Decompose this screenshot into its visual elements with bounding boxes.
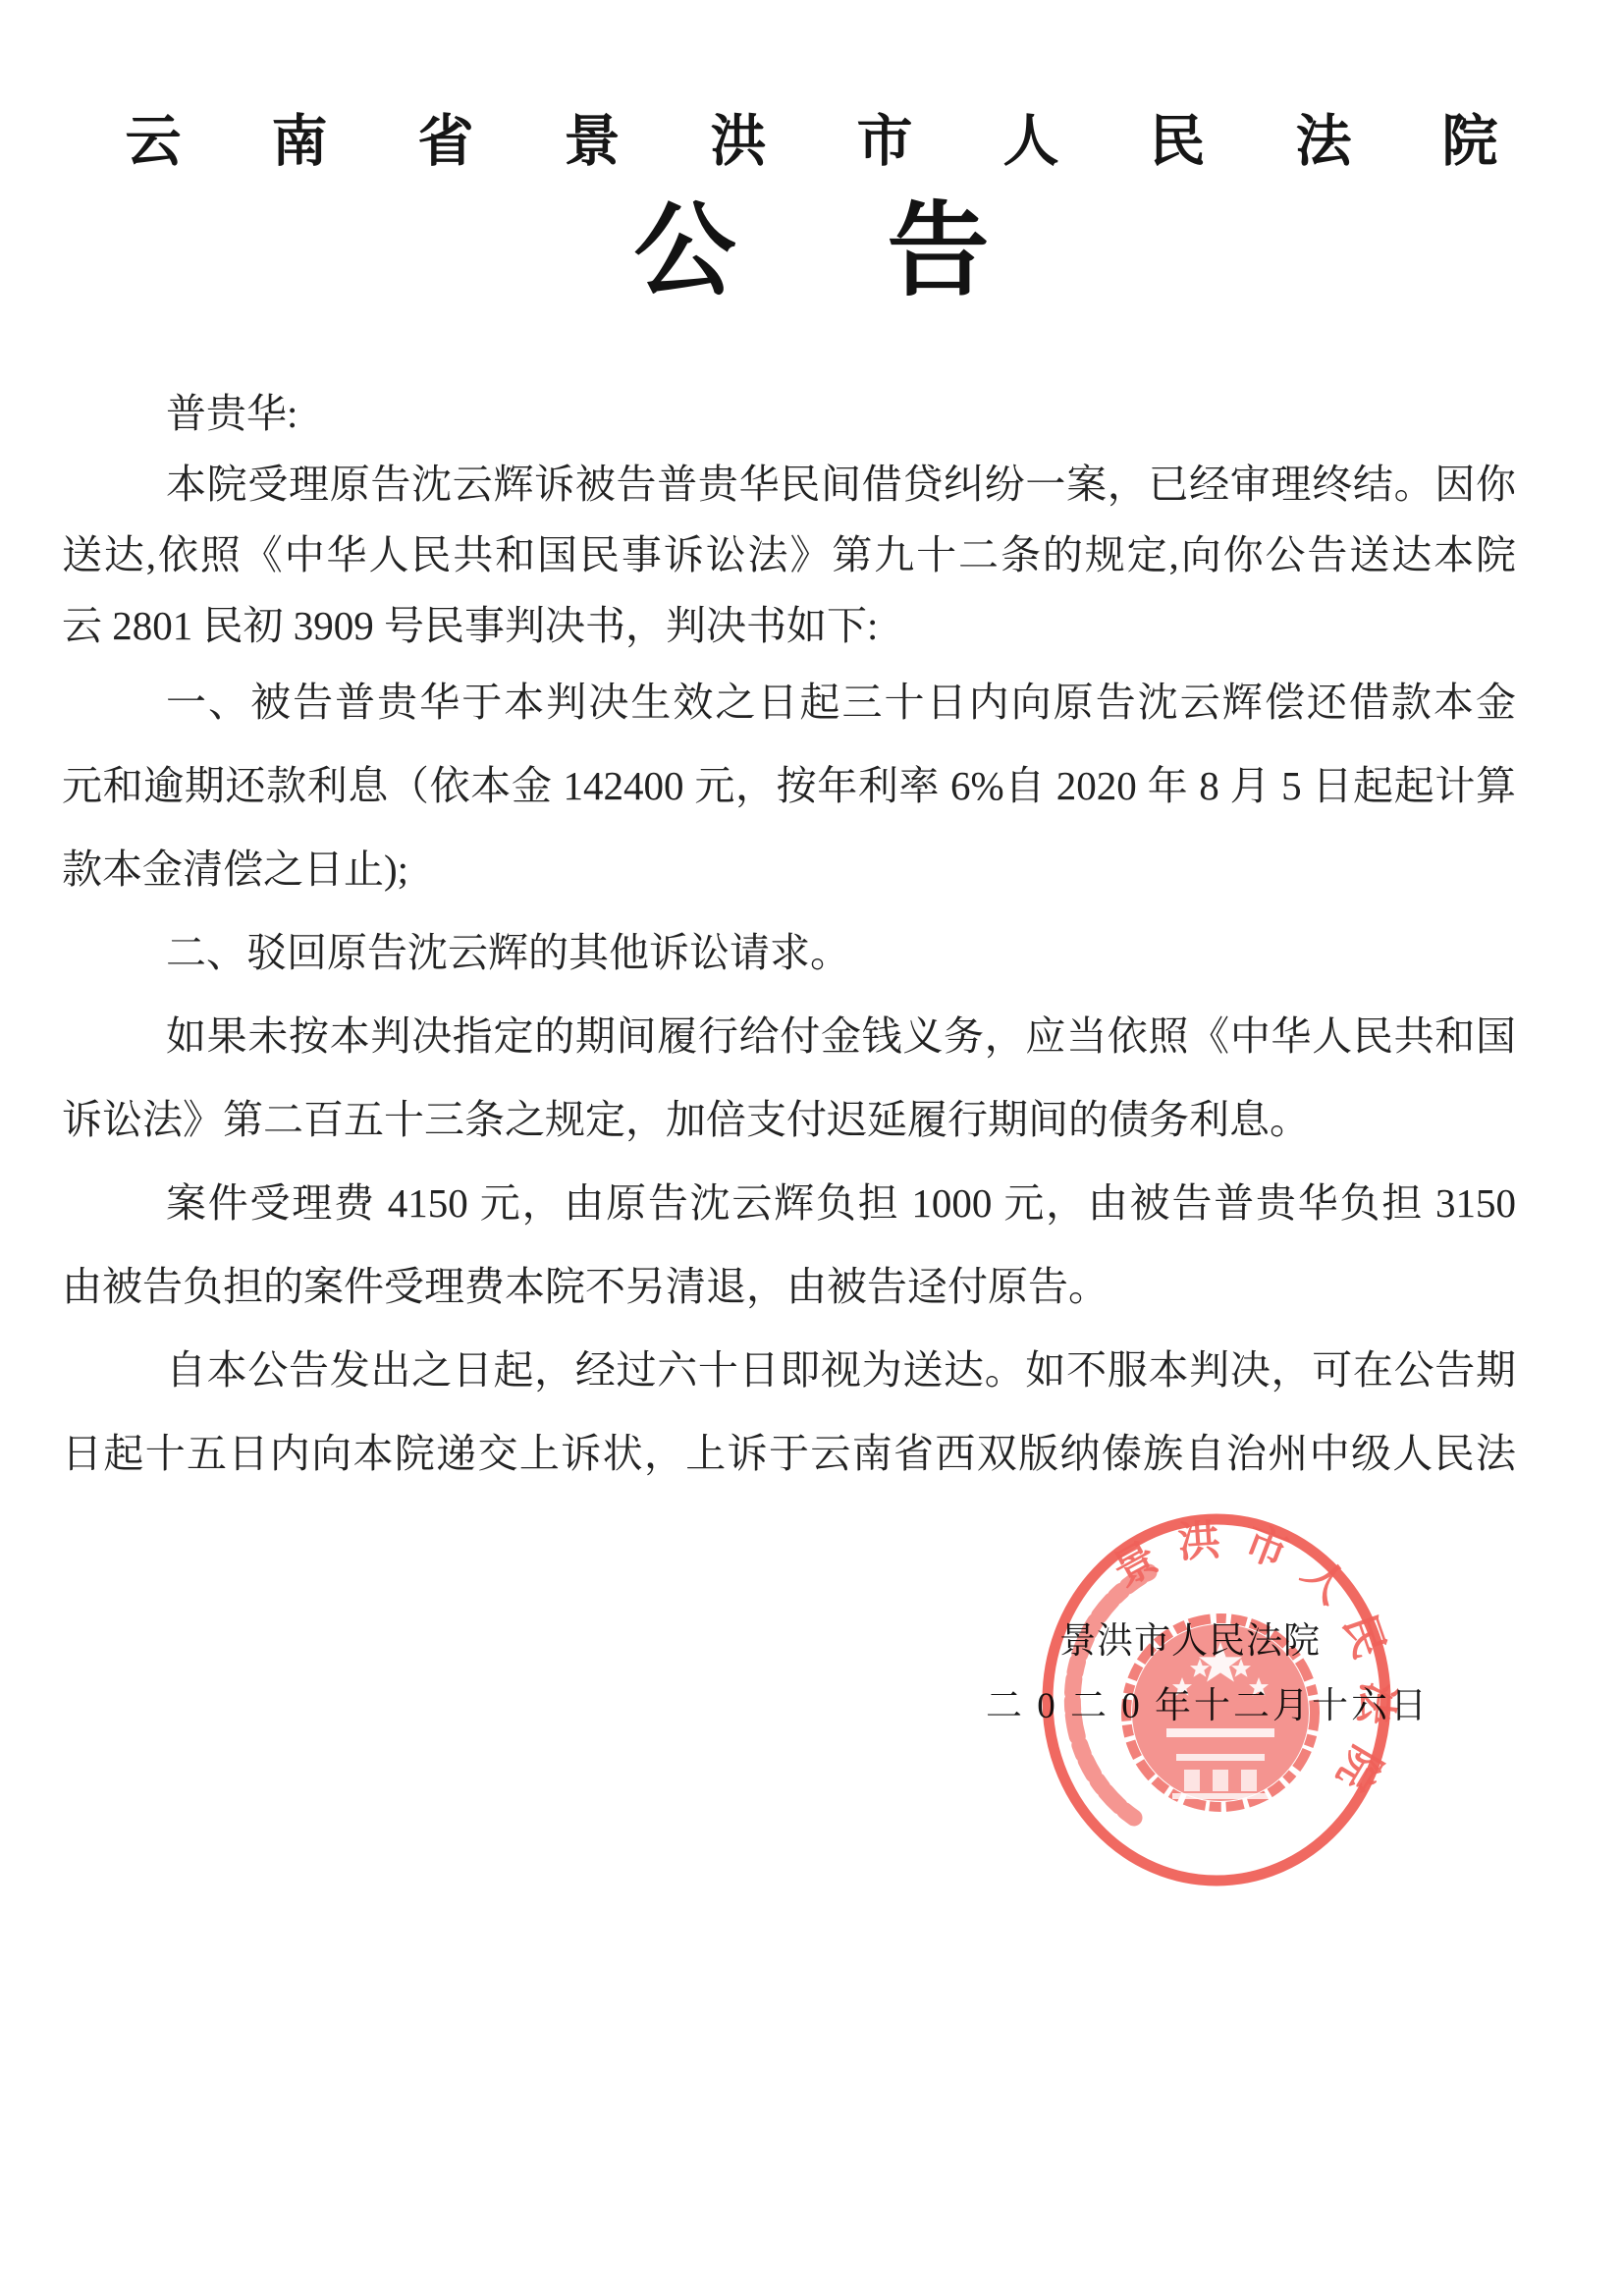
body-line: 由被告负担的案件受理费本院不另清退，由被告迳付原告。: [62, 1245, 1516, 1329]
body-line: 日起十五日内向本院递交上诉状，上诉于云南省西双版纳傣族自治州中级人民法院。: [62, 1412, 1516, 1496]
body-line: 二、驳回原告沈云辉的其他诉讼请求。: [62, 911, 1516, 995]
document-title: 公告: [0, 196, 1623, 308]
body-line: 如果未按本判决指定的期间履行给付金钱义务，应当依照《中华人民共和国民事: [62, 995, 1516, 1078]
body-line: 自本公告发出之日起，经过六十日即视为送达。如不服本判决，可在公告期满之: [62, 1329, 1516, 1412]
body-line: 一、被告普贵华于本判决生效之日起三十日内向原告沈云辉偿还借款本金 142400: [62, 661, 1516, 744]
scanned-court-announcement: 云南省景洪市人民法院 公告 普贵华: 本院受理原告沈云辉诉被告普贵华民间借贷纠纷…: [0, 0, 1623, 2296]
official-seal: 景洪市人民法院: [1037, 1506, 1398, 1891]
prc-national-emblem-icon: [1126, 1618, 1315, 1807]
body-line: 案件受理费 4150 元，由原告沈云辉负担 1000 元，由被告普贵华负担 31…: [62, 1162, 1516, 1245]
body-line: 元和逾期还款利息（依本金 142400 元，按年利率 6%自 2020 年 8 …: [62, 744, 1516, 828]
body-line: 本院受理原告沈云辉诉被告普贵华民间借贷纠纷一案，已经审理终结。因你无法: [62, 449, 1516, 519]
document-body: 普贵华: 本院受理原告沈云辉诉被告普贵华民间借贷纠纷一案，已经审理终结。因你无法…: [62, 378, 1516, 1496]
body-line: 款本金清偿之日止);: [62, 828, 1516, 911]
body-line: 送达,依照《中华人民共和国民事诉讼法》第九十二条的规定,向你公告送达本院(202…: [62, 519, 1516, 590]
body-line: 诉讼法》第二百五十三条之规定，加倍支付迟延履行期间的债务利息。: [62, 1078, 1516, 1162]
court-name-title: 云南省景洪市人民法院: [0, 114, 1623, 170]
body-line: 云 2801 民初 3909 号民事判决书，判决书如下:: [62, 590, 1516, 661]
addressee-line: 普贵华:: [62, 378, 1516, 449]
